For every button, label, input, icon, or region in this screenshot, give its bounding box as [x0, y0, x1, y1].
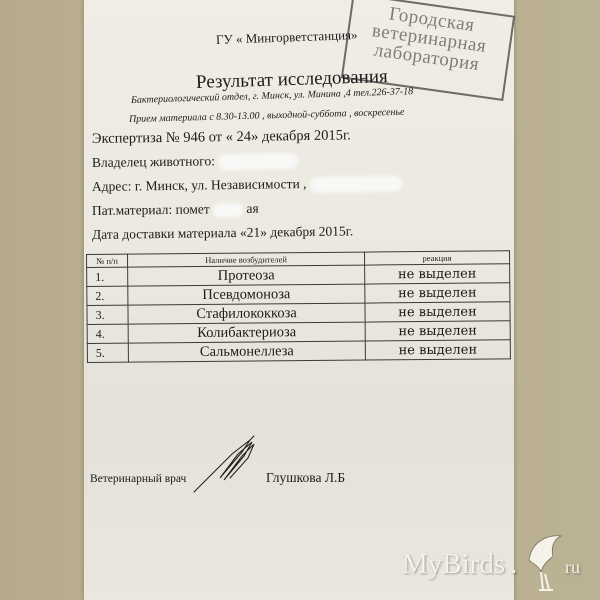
bird-logo-icon [523, 530, 565, 596]
pathogen-name: Псевдомоноза [128, 284, 365, 305]
signer-role: Ветеринарный врач [90, 473, 186, 485]
material-suffix: ая [246, 201, 258, 216]
reaction-result: не выделен [365, 283, 510, 303]
results-table: № п/п Наличие возбудителей реакция 1. Пр… [86, 250, 511, 363]
reaction-result: не выделен [365, 340, 510, 360]
watermark-dot: . [510, 548, 517, 581]
redacted-owner [218, 153, 298, 170]
pathogen-name: Протеоза [128, 265, 365, 286]
row-number: 1. [87, 267, 128, 286]
address-label: Адрес: г. Минск, ул. Независимости , [92, 176, 307, 194]
reaction-result: не выделен [365, 302, 510, 322]
redacted-material [213, 203, 243, 217]
address-field: Адрес: г. Минск, ул. Независимости , [92, 175, 402, 196]
material-field: Пат.материал: помет ая [92, 201, 259, 219]
material-label: Пат.материал: помет [92, 201, 210, 218]
lab-result-document: ГУ « Мингорветстанция» Городская ветерин… [84, 0, 514, 600]
pathogen-name: Сальмонеллеза [128, 341, 365, 362]
reaction-result: не выделен [365, 321, 510, 341]
row-number: 2. [87, 286, 128, 305]
header-number: № п/п [87, 254, 128, 267]
hours-line: Прием материала с 8.30-13.00 , выходной-… [129, 107, 405, 125]
delivery-date: Дата доставки материала «21» декабря 201… [92, 223, 353, 243]
pathogen-name: Колибактериоза [128, 322, 365, 343]
organization-name: ГУ « Мингорветстанция» [216, 27, 358, 48]
header-reaction: реакция [364, 251, 509, 265]
reaction-result: не выделен [365, 264, 510, 284]
redacted-address [310, 176, 402, 193]
expertise-number: Экспертиза № 946 от « 24» декабря 2015г. [92, 127, 351, 148]
row-number: 3. [87, 305, 128, 324]
row-number: 5. [87, 343, 128, 362]
owner-field: Владелец животного: [92, 152, 298, 172]
watermark-brand: MyBirds [402, 548, 505, 581]
pathogen-name: Стафилококкоза [128, 303, 365, 324]
owner-label: Владелец животного: [92, 153, 215, 170]
signature-scribble-icon [192, 434, 262, 494]
row-number: 4. [87, 324, 128, 343]
signer-name: Глушкова Л.Б [266, 470, 345, 486]
table-row: 5. Сальмонеллеза не выделен [87, 340, 510, 363]
watermark-tld: ru [565, 557, 580, 578]
